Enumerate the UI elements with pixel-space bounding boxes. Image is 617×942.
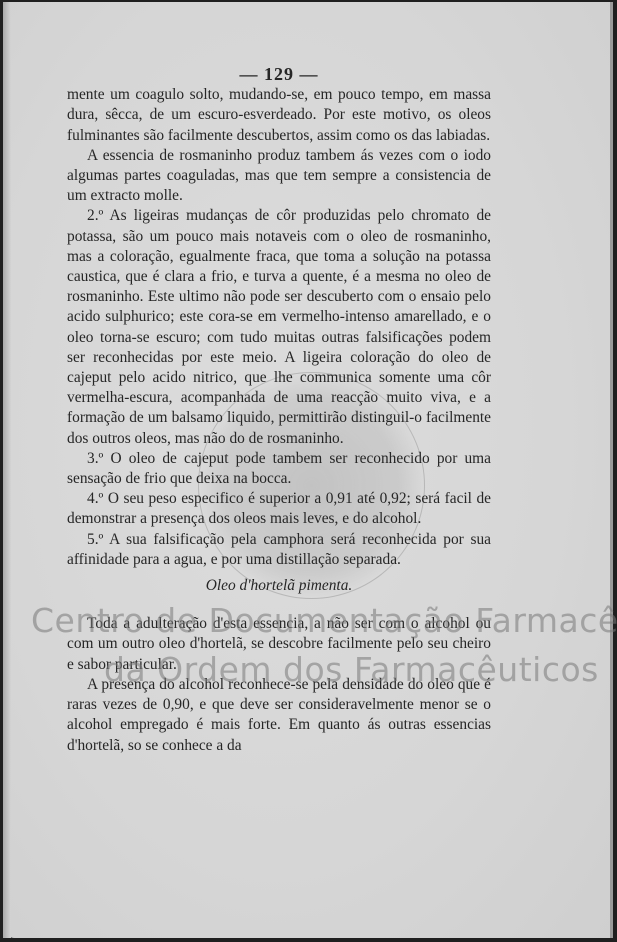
paragraph: Toda a adulteração d'esta essencia, a nã…	[67, 614, 491, 675]
scanned-book-page: — 129 — mente um coagulo solto, mudando-…	[3, 2, 613, 938]
page-text-block: — 129 — mente um coagulo solto, mudando-…	[67, 64, 491, 756]
page-binding-edge	[3, 2, 11, 938]
numbered-paragraph-4: 4.º O seu peso especifico é superior a 0…	[67, 489, 491, 529]
page-number: — 129 —	[67, 64, 491, 84]
paragraph: mente um coagulo solto, mudando-se, em p…	[67, 85, 491, 146]
numbered-paragraph-3: 3.º O oleo de cajeput pode tambem ser re…	[67, 449, 491, 489]
numbered-paragraph-2: 2.º As ligeiras mudanças de côr produzid…	[67, 206, 491, 448]
paragraph: A essencia de rosmaninho produz tambem á…	[67, 146, 491, 207]
section-heading: Oleo d'hortelã pimenta.	[67, 576, 491, 596]
numbered-paragraph-5: 5.º A sua falsificação pela camphora ser…	[67, 530, 491, 570]
paragraph: A presença do alcohol reconhece-se pela …	[67, 675, 491, 756]
